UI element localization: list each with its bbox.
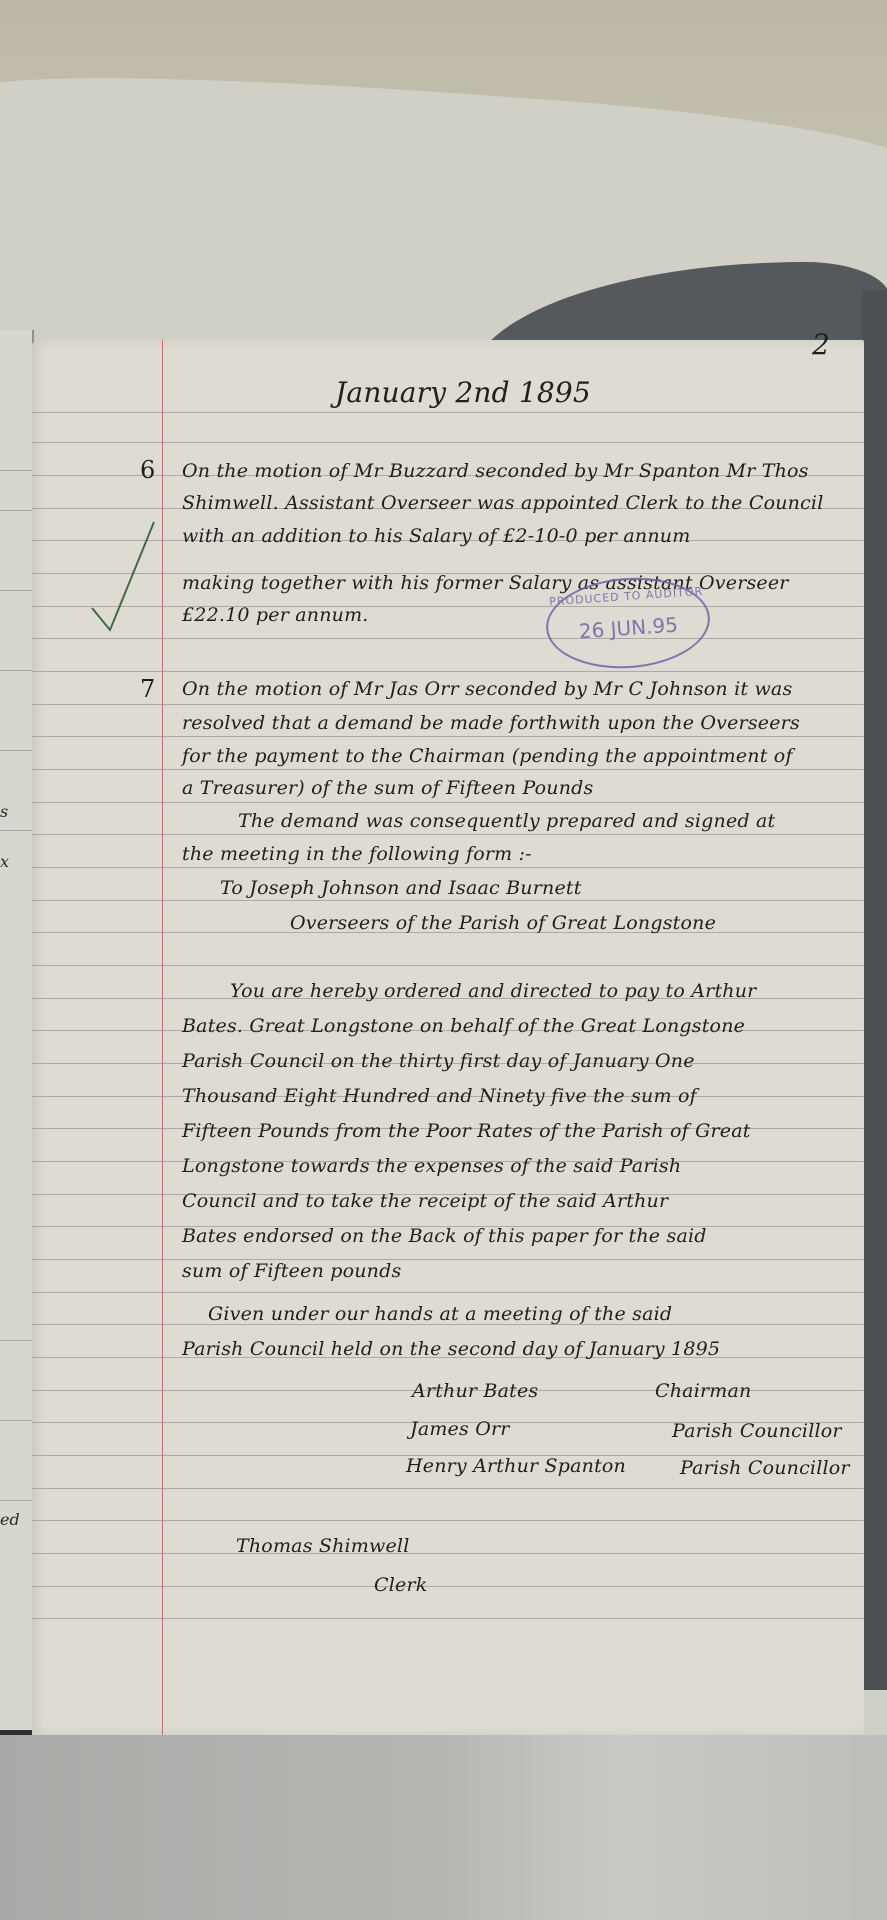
item-7-line: On the motion of Mr Jas Orr seconded by … — [182, 678, 792, 700]
left-page-rule — [0, 1420, 32, 1421]
ruled-line — [32, 867, 864, 868]
signature-role: Parish Councillor — [672, 1420, 842, 1442]
ruled-line — [32, 1618, 864, 1619]
item-7-line: the meeting in the following form :- — [182, 843, 532, 865]
order-line: Fifteen Pounds from the Poor Rates of th… — [182, 1120, 751, 1142]
item-7-line: for the payment to the Chairman (pending… — [182, 745, 793, 767]
order-line: You are hereby ordered and directed to p… — [230, 980, 756, 1002]
ruled-line — [32, 965, 864, 966]
item-6-line: £22.10 per annum. — [182, 604, 369, 626]
ruled-line — [32, 442, 864, 443]
addressee-line: Overseers of the Parish of Great Longsto… — [290, 912, 716, 934]
page-number: 2 — [812, 328, 830, 361]
ruled-line — [32, 1520, 864, 1521]
checkmark-icon — [88, 518, 158, 638]
order-line: Thousand Eight Hundred and Ninety five t… — [182, 1085, 697, 1107]
left-page-rule — [0, 750, 32, 751]
clerk-role: Clerk — [374, 1574, 427, 1596]
left-page-rule — [0, 470, 32, 471]
order-line: Bates. Great Longstone on behalf of the … — [182, 1015, 745, 1037]
signature-role: Parish Councillor — [680, 1457, 850, 1479]
left-page-text-fragment: x — [0, 852, 9, 871]
item-6-line: with an addition to his Salary of £2-10-… — [182, 525, 690, 547]
ruled-line — [32, 1586, 864, 1587]
signature-name: Henry Arthur Spanton — [406, 1455, 626, 1477]
item-7-line: The demand was consequently prepared and… — [238, 810, 775, 832]
order-line: Council and to take the receipt of the s… — [182, 1190, 668, 1212]
signature-role: Chairman — [655, 1380, 751, 1402]
ruled-line — [32, 671, 864, 672]
given-line: Parish Council held on the second day of… — [182, 1338, 720, 1360]
left-page-rule — [0, 830, 32, 831]
given-line: Given under our hands at a meeting of th… — [208, 1303, 672, 1325]
left-page-text-fragment: s — [0, 802, 8, 821]
order-line: sum of Fifteen pounds — [182, 1260, 401, 1282]
ruled-line — [32, 412, 864, 413]
item-6-line: Shimwell. Assistant Overseer was appoint… — [182, 492, 823, 514]
ruled-line — [32, 900, 864, 901]
ruled-line — [32, 1259, 864, 1260]
left-page-text-fragment: ed — [0, 1510, 20, 1529]
order-line: Bates endorsed on the Back of this paper… — [182, 1225, 707, 1247]
signature-name: Arthur Bates — [412, 1380, 538, 1402]
ruled-line — [32, 769, 864, 770]
item-7-line: resolved that a demand be made forthwith… — [182, 712, 800, 734]
left-page-rule — [0, 670, 32, 671]
page-heading-date: January 2nd 1895 — [335, 376, 591, 409]
ruled-line — [32, 802, 864, 803]
item-6-line: On the motion of Mr Buzzard seconded by … — [182, 460, 809, 482]
ruled-line — [32, 1292, 864, 1293]
left-page-edge: s x ed — [0, 330, 34, 1730]
item-number: 6 — [140, 456, 155, 484]
left-page-rule — [0, 1340, 32, 1341]
left-page-rule — [0, 510, 32, 511]
ruled-line — [32, 1488, 864, 1489]
order-line: Longstone towards the expenses of the sa… — [182, 1155, 681, 1177]
ruled-line — [32, 638, 864, 639]
left-page-rule — [0, 1500, 32, 1501]
ruled-line — [32, 736, 864, 737]
item-7-line: a Treasurer) of the sum of Fifteen Pound… — [182, 777, 594, 799]
addressee-line: To Joseph Johnson and Isaac Burnett — [220, 877, 582, 899]
ruled-line — [32, 834, 864, 835]
table-surface — [0, 1735, 887, 1920]
signature-name: James Orr — [410, 1418, 510, 1440]
book-cover-edge — [862, 290, 887, 1690]
ruled-line — [32, 1553, 864, 1554]
left-page-rule — [0, 590, 32, 591]
stamp-date: 26 JUN.95 — [548, 610, 709, 645]
item-number: 7 — [140, 675, 155, 703]
clerk-signature: Thomas Shimwell — [236, 1535, 410, 1557]
margin-rule — [162, 340, 163, 1735]
order-line: Parish Council on the thirty first day o… — [182, 1050, 695, 1072]
ruled-line — [32, 704, 864, 705]
